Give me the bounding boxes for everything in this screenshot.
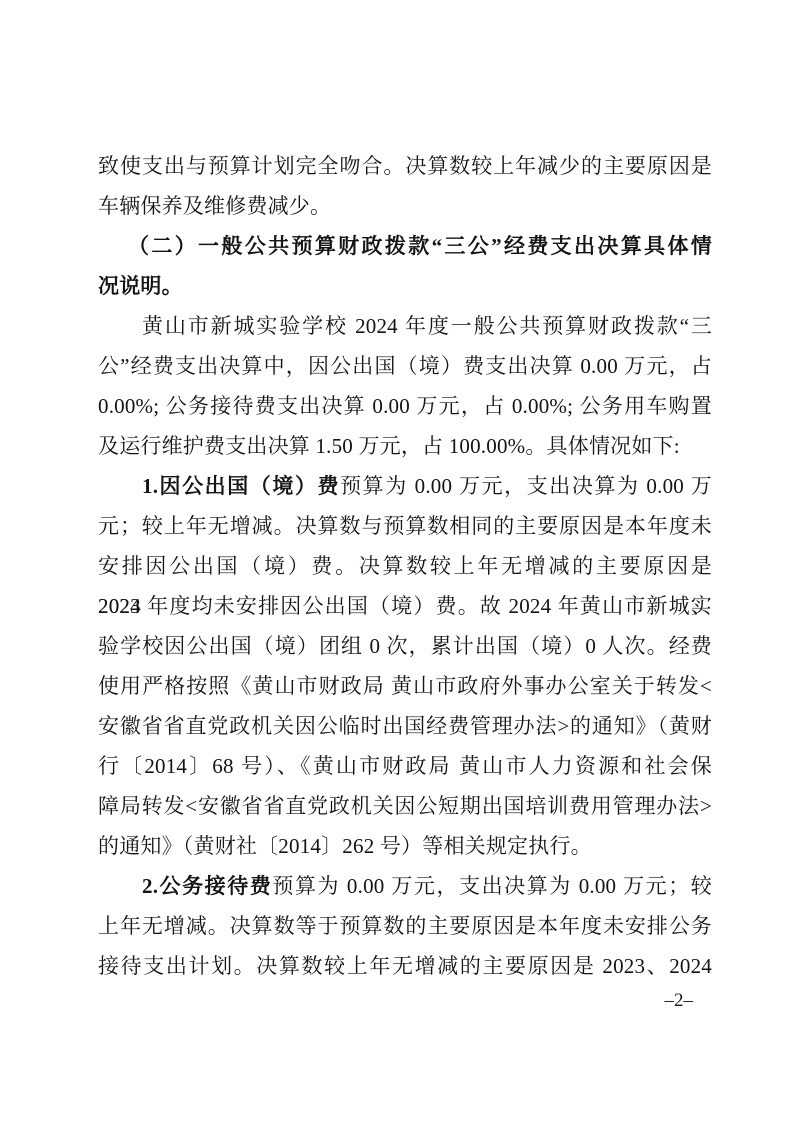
- text-line: 况说明。: [98, 266, 712, 306]
- text-segment: 行〔2014〕68 号）、《黄山市财政局 黄山市人力资源和社会保: [98, 754, 712, 778]
- page-footer: –2–: [0, 990, 693, 1012]
- text-segment: 公”经费支出决算中，因公出国（境）费支出决算 0.00 万元，占: [98, 354, 712, 378]
- text-segment: 黄山市新城实验学校 2024 年度一般公共预算财政拨款“三: [142, 314, 712, 338]
- text-segment: 使用严格按照《黄山市财政局 黄山市政府外事办公室关于转发<: [98, 674, 712, 698]
- text-line: 行〔2014〕68 号）、《黄山市财政局 黄山市人力资源和社会保: [98, 746, 712, 786]
- text-segment: 2024 年度均未安排因公出国（境）费。故 2024 年黄山市新城实: [98, 594, 712, 618]
- text-segment: 车辆保养及维修费减少。: [98, 194, 331, 218]
- text-segment: 接待支出计划。决算数较上年无增减的主要原因是 2023、2024: [98, 954, 712, 978]
- text-line: 上年无增减。决算数等于预算数的主要原因是本年度未安排公务: [98, 906, 712, 946]
- page-number: –2–: [665, 990, 694, 1011]
- text-line: 及运行维护费支出决算 1.50 万元，占 100.00%。具体情况如下:: [98, 426, 712, 466]
- text-segment: 的通知》（黄财社〔2014〕262 号）等相关规定执行。: [98, 834, 592, 858]
- text-line: 接待支出计划。决算数较上年无增减的主要原因是 2023、2024: [98, 946, 712, 986]
- text-line: 2.公务接待费预算为 0.00 万元，支出决算为 0.00 万元；较: [98, 866, 712, 906]
- bold-text-segment: 况说明。: [98, 274, 183, 298]
- bold-text-segment: 2.公务接待费: [142, 874, 272, 898]
- text-segment: 预算为 0.00 万元，支出决算为 0.00 万元；较: [272, 874, 712, 898]
- text-line: 致使支出与预算计划完全吻合。决算数较上年减少的主要原因是: [98, 146, 712, 186]
- text-segment: 元；较上年无增减。决算数与预算数相同的主要原因是本年度未: [98, 514, 712, 538]
- text-segment: 及运行维护费支出决算 1.50 万元，占 100.00%。具体情况如下:: [98, 434, 680, 458]
- document-page: 致使支出与预算计划完全吻合。决算数较上年减少的主要原因是车辆保养及维修费减少。（…: [0, 0, 793, 1122]
- text-line: 使用严格按照《黄山市财政局 黄山市政府外事办公室关于转发<: [98, 666, 712, 706]
- text-line: （二）一般公共预算财政拨款“三公”经费支出决算具体情: [98, 226, 712, 266]
- text-line: 车辆保养及维修费减少。: [98, 186, 712, 226]
- text-line: 公”经费支出决算中，因公出国（境）费支出决算 0.00 万元，占: [98, 346, 712, 386]
- text-line: 1.因公出国（境）费预算为 0.00 万元，支出决算为 0.00 万: [98, 466, 712, 506]
- text-line: 验学校因公出国（境）团组 0 次，累计出国（境）0 人次。经费: [98, 626, 712, 666]
- text-segment: 验学校因公出国（境）团组 0 次，累计出国（境）0 人次。经费: [98, 634, 712, 658]
- text-line: 元；较上年无增减。决算数与预算数相同的主要原因是本年度未: [98, 506, 712, 546]
- text-line: 黄山市新城实验学校 2024 年度一般公共预算财政拨款“三: [98, 306, 712, 346]
- bold-text-segment: 1.因公出国（境）费: [142, 474, 340, 498]
- text-segment: 0.00%; 公务接待费支出决算 0.00 万元，占 0.00%; 公务用车购置: [98, 394, 712, 418]
- text-segment: 致使支出与预算计划完全吻合。决算数较上年减少的主要原因是: [98, 154, 712, 178]
- text-line: 2024 年度均未安排因公出国（境）费。故 2024 年黄山市新城实: [98, 586, 712, 626]
- text-line: 安徽省省直党政机关因公临时出国经费管理办法>的通知》（黄财: [98, 706, 712, 746]
- text-line: 的通知》（黄财社〔2014〕262 号）等相关规定执行。: [98, 826, 712, 866]
- bold-text-segment: （二）一般公共预算财政拨款“三公”经费支出决算具体情: [128, 234, 712, 258]
- text-line: 0.00%; 公务接待费支出决算 0.00 万元，占 0.00%; 公务用车购置: [98, 386, 712, 426]
- document-text-block: 致使支出与预算计划完全吻合。决算数较上年减少的主要原因是车辆保养及维修费减少。（…: [98, 146, 712, 986]
- text-segment: 安徽省省直党政机关因公临时出国经费管理办法>的通知》（黄财: [98, 714, 712, 738]
- text-line: 障局转发<安徽省省直党政机关因公短期出国培训费用管理办法>: [98, 786, 712, 826]
- text-segment: 障局转发<安徽省省直党政机关因公短期出国培训费用管理办法>: [98, 794, 712, 818]
- text-line: 安排因公出国（境）费。决算数较上年无增减的主要原因是 2023、: [98, 546, 712, 586]
- text-segment: 预算为 0.00 万元，支出决算为 0.00 万: [340, 474, 712, 498]
- text-segment: 上年无增减。决算数等于预算数的主要原因是本年度未安排公务: [98, 914, 712, 938]
